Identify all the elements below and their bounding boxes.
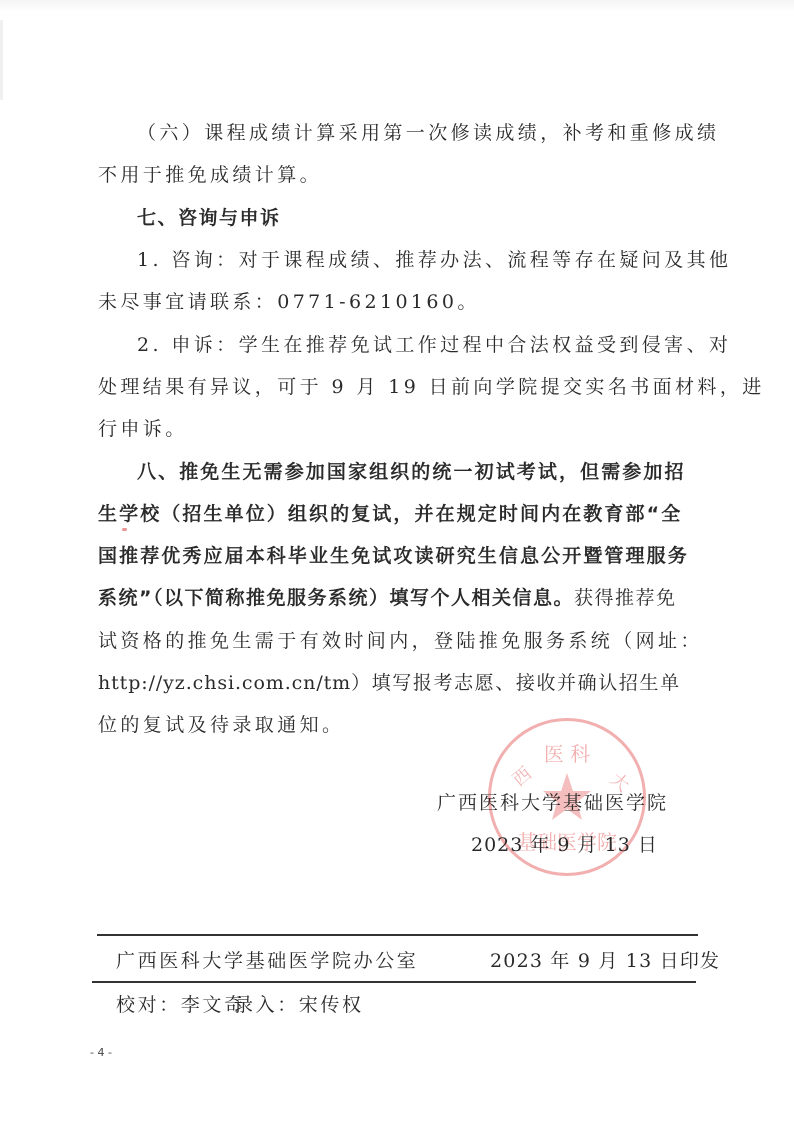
- system-url-link[interactable]: http://yz.chsi.com.cn/tm: [98, 672, 351, 694]
- footer-issue-date: 2023 年 9 月 13 日印发: [490, 946, 720, 973]
- appeal-line1: 2. 申诉：学生在推荐免试工作过程中合法权益受到侵害、对: [137, 333, 708, 357]
- section8-line4-rest: 获得推荐免: [574, 587, 677, 609]
- footer-typist: 录入：宋传权: [234, 990, 364, 1017]
- signature-date: 2023 年 9 月 13 日: [471, 830, 658, 857]
- footer-proofreader: 校对：李文奇: [116, 990, 246, 1017]
- section8-line4: 系统”（以下简称推免服务系统）填写个人相关信息。获得推荐免: [98, 586, 708, 610]
- section6-line2: 不用于推免成绩计算。: [98, 163, 708, 187]
- ink-mark: [122, 528, 127, 531]
- section8-line3: 国推荐优秀应届本科毕业生免试攻读研究生信息公开暨管理服务: [98, 544, 708, 568]
- scan-edge: [0, 0, 794, 12]
- appeal-line2: 处理结果有异议，可于 9 月 19 日前向学院提交实名书面材料，进: [98, 375, 708, 399]
- consult-line1: 1. 咨询：对于课程成绩、推荐办法、流程等存在疑问及其他: [137, 248, 708, 272]
- section7-heading: 七、咨询与申诉: [137, 206, 708, 230]
- svg-text:医 科: 医 科: [544, 742, 590, 766]
- section8-line1: 八、推免生无需参加国家组织的统一初试考试，但需参加招: [137, 460, 708, 484]
- section8-line6-rest: ）填写报考志愿、接收并确认招生单: [351, 672, 681, 694]
- section8-line4-bold: 系统”（以下简称推免服务系统）填写个人相关信息。: [98, 587, 574, 609]
- consult-line2: 未尽事宜请联系：0771-6210160。: [98, 290, 708, 314]
- page-number: - 4 -: [90, 1046, 112, 1059]
- section6-line1: （六）课程成绩计算采用第一次修读成绩，补考和重修成绩: [137, 121, 708, 145]
- svg-text:西: 西: [509, 763, 536, 791]
- section8-line5: 试资格的推免生需于有效时间内，登陆推免服务系统（网址：: [98, 629, 708, 653]
- section8-line6: http://yz.chsi.com.cn/tm）填写报考志愿、接收并确认招生单: [98, 671, 708, 695]
- section8-line2: 生学校（招生单位）组织的复试，并在规定时间内在教育部“全: [98, 502, 708, 526]
- footer-issuer: 广西医科大学基础医学院办公室: [116, 946, 418, 973]
- scan-edge-mark: [0, 20, 3, 100]
- appeal-line3: 行申诉。: [98, 417, 708, 441]
- signature-organization: 广西医科大学基础医学院: [437, 788, 668, 815]
- footer-bottom-rule: [92, 981, 696, 983]
- footer-top-rule: [97, 934, 698, 936]
